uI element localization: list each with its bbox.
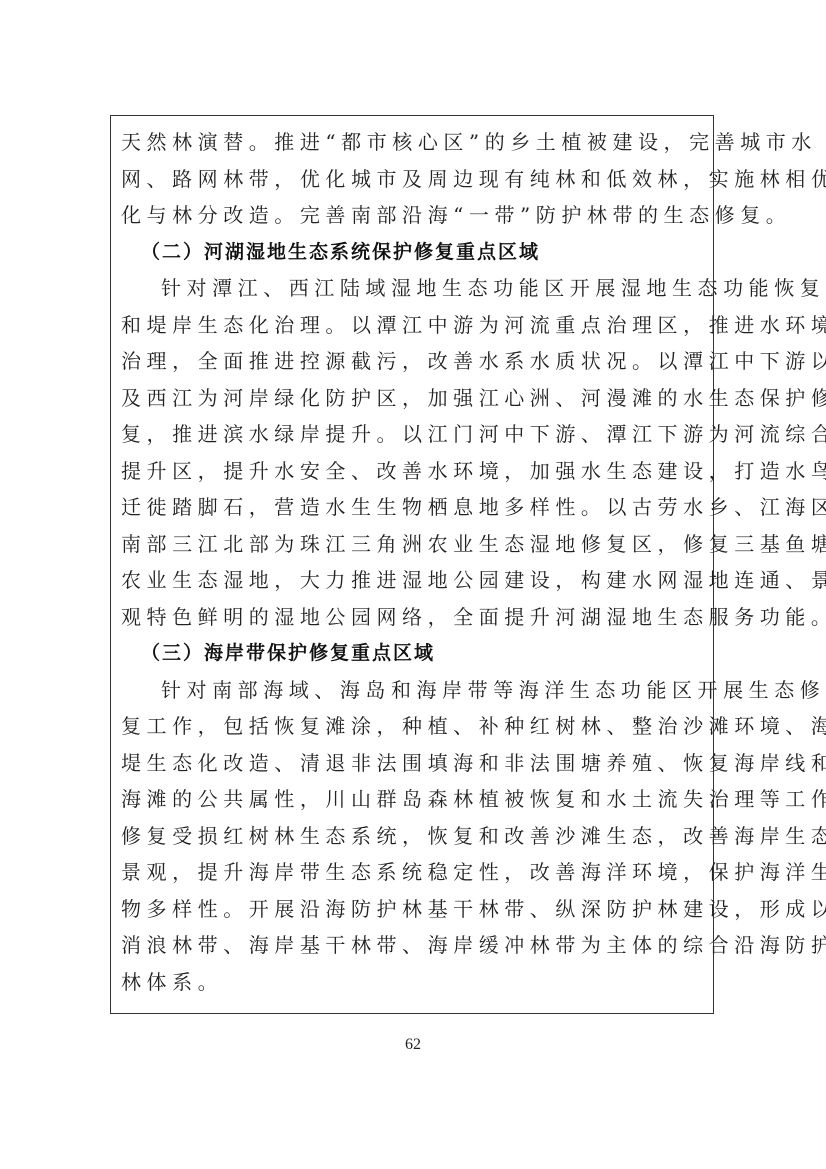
paragraph-line: 天然林演替。推进“都市核心区”的乡土植被建设，完善城市水 xyxy=(121,124,705,160)
paragraph-line: 复工作，包括恢复滩涂，种植、补种红树林、整治沙滩环境、海 xyxy=(121,708,705,744)
paragraph-line: 堤生态化改造、清退非法围填海和非法围塘养殖、恢复海岸线和 xyxy=(121,745,705,781)
section-heading-2: （二）河湖湿地生态系统保护修复重点区域 xyxy=(141,234,540,270)
paragraph-line: 修复受损红树林生态系统，恢复和改善沙滩生态，改善海岸生态 xyxy=(121,818,705,854)
section-heading-3: （三）海岸带保护修复重点区域 xyxy=(141,635,435,671)
paragraph-line: 农业生态湿地，大力推进湿地公园建设，构建水网湿地连通、景 xyxy=(121,562,705,598)
paragraph-line: 消浪林带、海岸基干林带、海岸缓冲林带为主体的综合沿海防护 xyxy=(121,927,705,963)
bordered-text-box: 天然林演替。推进“都市核心区”的乡土植被建设，完善城市水 网、路网林带，优化城市… xyxy=(110,115,714,1014)
paragraph-line: 及西江为河岸绿化防护区，加强江心洲、河漫滩的水生态保护修 xyxy=(121,380,705,416)
paragraph-line: 提升区，提升水安全、改善水环境，加强水生态建设，打造水鸟 xyxy=(121,453,705,489)
paragraph-line: 观特色鲜明的湿地公园网络，全面提升河湖湿地生态服务功能。 xyxy=(121,599,705,635)
paragraph-line: 海滩的公共属性，川山群岛森林植被恢复和水土流失治理等工作。 xyxy=(121,781,705,817)
paragraph-line: 网、路网林带，优化城市及周边现有纯林和低效林，实施林相优 xyxy=(121,161,705,197)
paragraph-line: 化与林分改造。完善南部沿海“一带”防护林带的生态修复。 xyxy=(121,197,705,233)
paragraph-line: 治理，全面推进控源截污，改善水系水质状况。以潭江中下游以 xyxy=(121,343,705,379)
page-number: 62 xyxy=(0,1036,826,1054)
paragraph-line: 南部三江北部为珠江三角洲农业生态湿地修复区，修复三基鱼塘 xyxy=(121,526,705,562)
paragraph-line: 物多样性。开展沿海防护林基干林带、纵深防护林建设，形成以 xyxy=(121,891,705,927)
paragraph-line: 景观，提升海岸带生态系统稳定性，改善海洋环境，保护海洋生 xyxy=(121,854,705,890)
paragraph-line: 针对南部海域、海岛和海岸带等海洋生态功能区开展生态修 xyxy=(161,672,705,708)
paragraph-line: 迁徙踏脚石，营造水生生物栖息地多样性。以古劳水乡、江海区 xyxy=(121,489,705,525)
paragraph-line: 针对潭江、西江陆域湿地生态功能区开展湿地生态功能恢复 xyxy=(161,270,705,306)
paragraph-line: 林体系。 xyxy=(121,964,705,1000)
paragraph-line: 和堤岸生态化治理。以潭江中游为河流重点治理区，推进水环境 xyxy=(121,307,705,343)
paragraph-line: 复，推进滨水绿岸提升。以江门河中下游、潭江下游为河流综合 xyxy=(121,416,705,452)
